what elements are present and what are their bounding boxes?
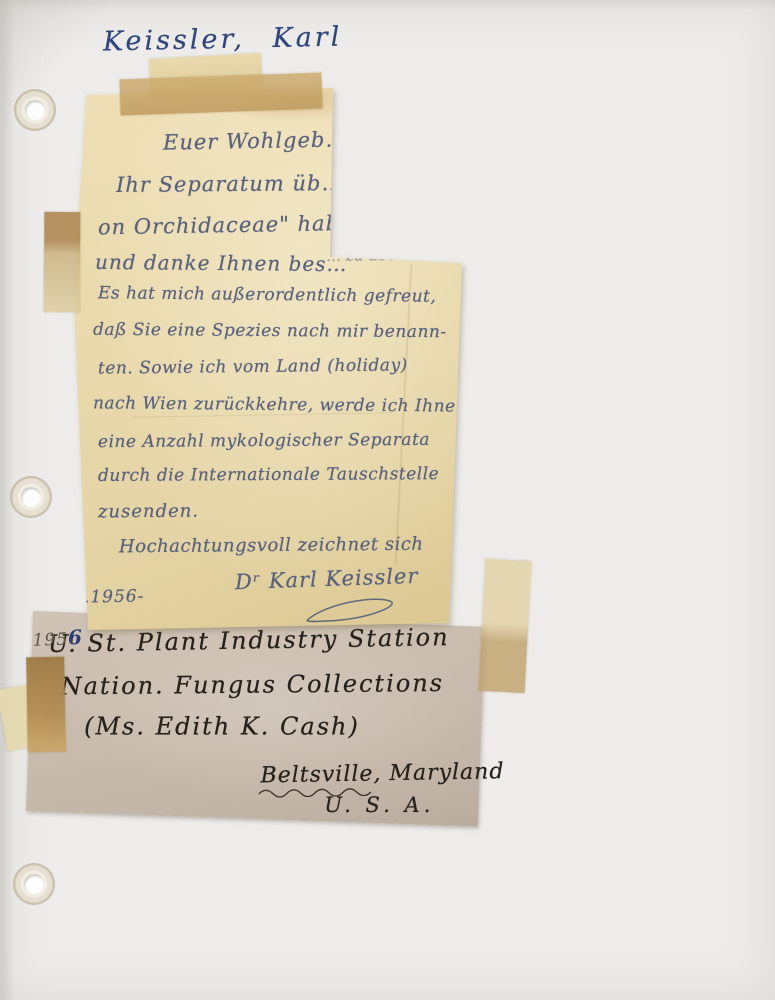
slip-place-state: , Maryland (373, 759, 504, 786)
slip-line-person: (Ms. Edith K. Cash) (84, 713, 360, 741)
punch-hole-center (21, 487, 41, 507)
tape-slip-right (479, 559, 532, 693)
slip-place-city: Beltsville (260, 761, 373, 788)
tape-letter-left (44, 212, 81, 312)
letter-line: und danke Ihnen bes… (95, 250, 348, 276)
scanned-archive-page: Keissler, Karl U. St. Plant Industry Sta… (0, 0, 775, 1000)
letter-line: eine Anzahl mykologischer Separata (98, 430, 430, 452)
letter-paper: Euer Wohlgeb… Ihr Separatum üb… on Orchi… (72, 84, 466, 632)
slip-line-collection: Nation. Fungus Collections (60, 669, 444, 700)
tape-slip-left-dark (26, 657, 66, 753)
letter-line: Es hat mich außerordentlich gefreut, (98, 283, 437, 307)
punch-hole-bottom (13, 863, 55, 905)
punch-hole-center (25, 100, 45, 120)
letter-line: durch die Internationale Tauschstelle (98, 464, 439, 486)
letter-year-note: .1956- (84, 586, 145, 607)
punch-hole-top (14, 89, 56, 131)
letter-line: zusenden. (98, 501, 199, 523)
letter-signature: Dʳ Karl Keissler (235, 564, 419, 594)
address-slip: U. St. Plant Industry Station Nation. Fu… (26, 611, 485, 827)
page-title: Keissler, Karl (103, 21, 343, 57)
letter-line: on Orchidaceae" habe… (98, 211, 376, 240)
punch-hole-center (24, 874, 44, 894)
slip-line-place: Beltsville, Maryland (260, 759, 504, 788)
letter-line: Ihr Separatum üb… (116, 171, 344, 197)
punch-hole-middle (10, 476, 52, 518)
letter-line: ten. Sowie ich vom Land (holiday) (98, 355, 408, 378)
letter-line-salutation: Euer Wohlgeb… (163, 127, 348, 154)
letter-line-closing: Hochachtungsvoll zeichnet sich (119, 534, 424, 558)
tape-letter-top-dark (119, 72, 322, 115)
letter-line: nach Wien zurückkehre, werde ich Ihnen (93, 393, 467, 416)
slip-line-country: U. S. A. (324, 793, 434, 817)
letter-line: daß Sie eine Spezies nach mir benann- (93, 320, 447, 342)
signature-flourish (299, 593, 401, 629)
letter: Euer Wohlgeb… Ihr Separatum üb… on Orchi… (72, 84, 466, 632)
slip-year-pencil: 195 (32, 630, 68, 651)
letter-line-faded-fragment: … zu überlassen. (326, 245, 456, 265)
